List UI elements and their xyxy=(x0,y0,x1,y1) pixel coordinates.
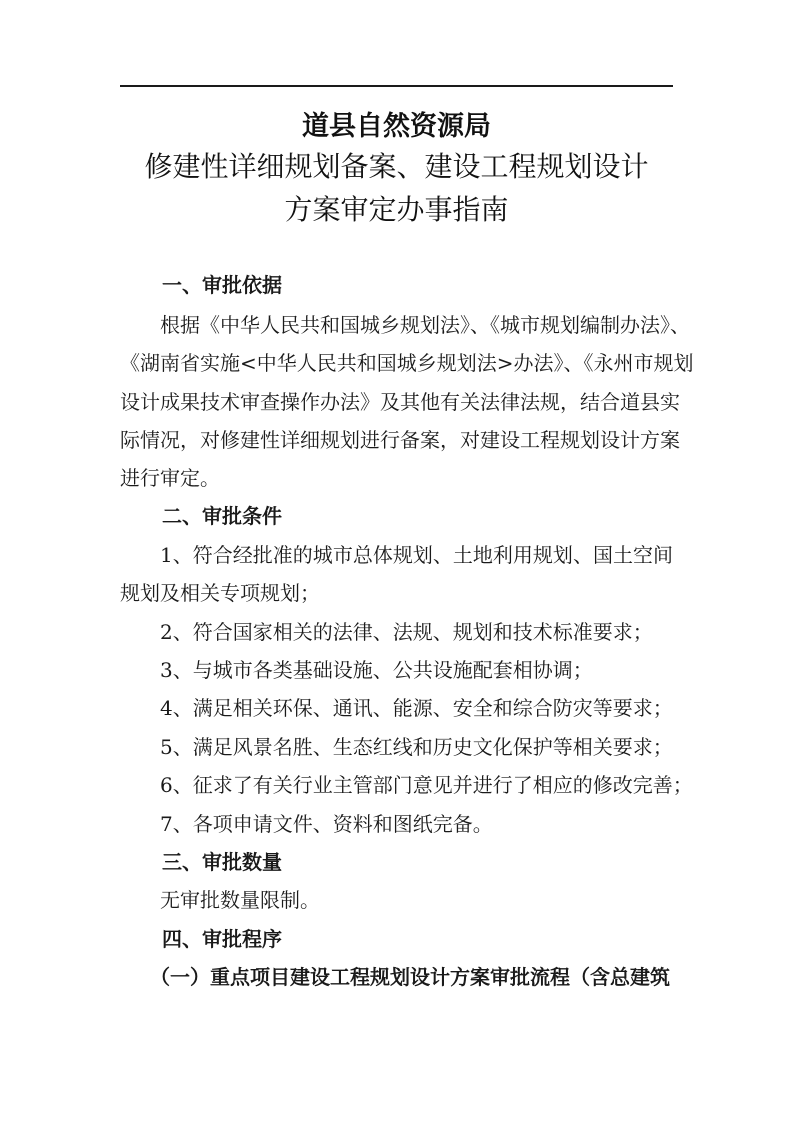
paragraph-line: 设计成果技术审查操作办法》及其他有关法律法规，结合道县实 xyxy=(120,389,673,415)
condition-item: 2、符合国家相关的法律、法规、规划和技术标准要求； xyxy=(160,619,653,645)
condition-item: 4、满足相关环保、通讯、能源、安全和综合防灾等要求； xyxy=(160,695,673,721)
condition-item: 1、符合经批准的城市总体规划、土地利用规划、国土空间 xyxy=(160,542,673,568)
document-title-line-2: 方案审定办事指南 xyxy=(0,188,793,228)
condition-item-continued: 规划及相关专项规划； xyxy=(120,580,320,606)
paragraph-line: 进行审定。 xyxy=(120,465,220,491)
subsection-heading: （一）重点项目建设工程规划设计方案审批流程（含总建筑 xyxy=(150,964,670,990)
paragraph-line: 无审批数量限制。 xyxy=(160,887,320,913)
section-heading-procedure: 四、审批程序 xyxy=(162,926,282,952)
paragraph-line: 《湖南省实施<中华人民共和国城乡规划法>办法》、《永州市规划 xyxy=(120,350,673,376)
condition-item: 3、与城市各类基础设施、公共设施配套相协调； xyxy=(160,657,593,683)
section-heading-quantity: 三、审批数量 xyxy=(162,849,282,875)
condition-item: 7、各项申请文件、资料和图纸完备。 xyxy=(160,811,493,837)
agency-name: 道县自然资源局 xyxy=(0,104,793,143)
condition-item: 6、征求了有关行业主管部门意见并进行了相应的修改完善； xyxy=(160,772,693,798)
section-heading-conditions: 二、审批条件 xyxy=(162,503,282,529)
section-heading-basis: 一、审批依据 xyxy=(162,272,282,298)
paragraph-line: 根据《中华人民共和国城乡规划法》、《城市规划编制办法》、 xyxy=(160,312,673,338)
document-title-line-1: 修建性详细规划备案、建设工程规划设计 xyxy=(0,145,793,185)
paragraph-line: 际情况，对修建性详细规划进行备案，对建设工程规划设计方案 xyxy=(120,427,673,453)
condition-item: 5、满足风景名胜、生态红线和历史文化保护等相关要求； xyxy=(160,734,673,760)
header-rule xyxy=(120,85,673,87)
